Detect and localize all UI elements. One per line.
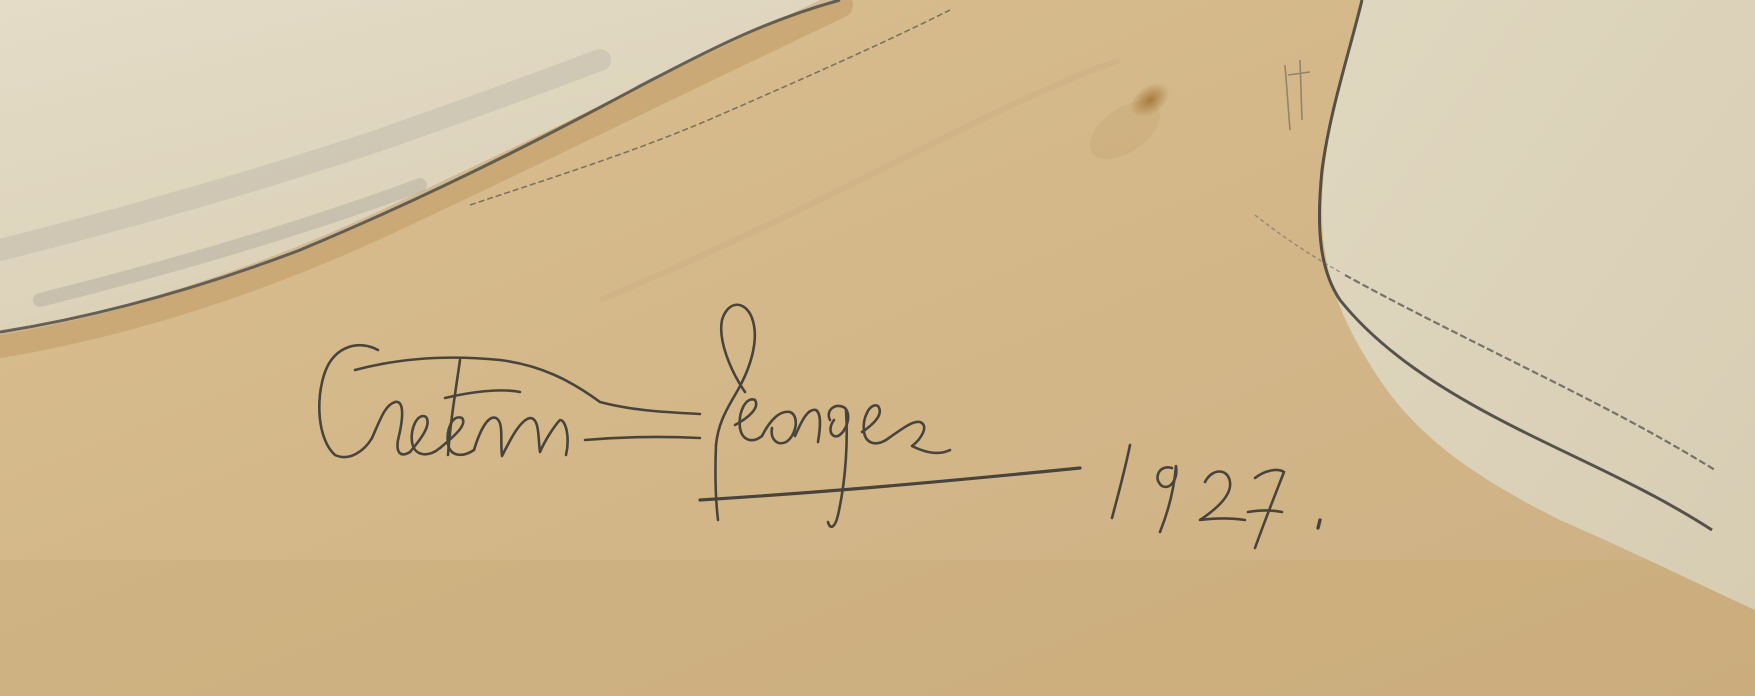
drawing-canvas (0, 0, 1755, 696)
